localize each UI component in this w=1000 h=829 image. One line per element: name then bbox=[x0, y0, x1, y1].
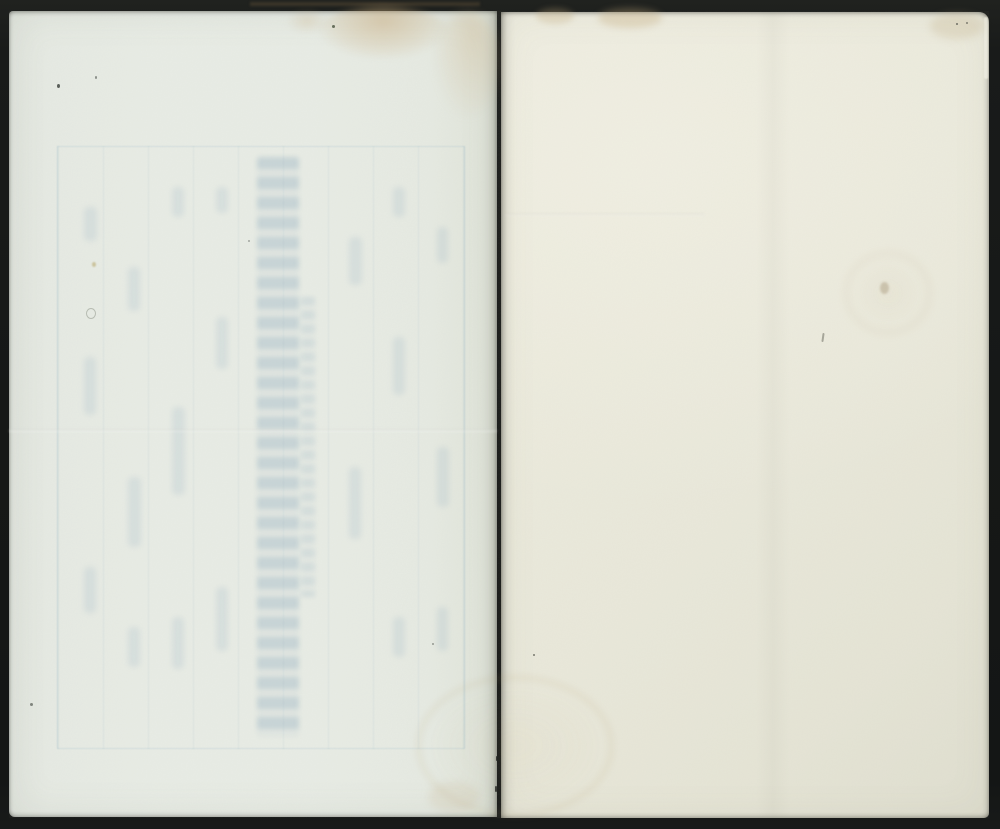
bleedthrough-glyphs bbox=[349, 237, 362, 285]
bleedthrough-glyphs bbox=[172, 617, 184, 669]
bleedthrough-glyphs bbox=[84, 567, 96, 613]
bleedthrough-glyphs bbox=[349, 467, 361, 539]
bleedthrough-glyphs bbox=[393, 187, 405, 217]
left-page bbox=[9, 11, 497, 817]
bleedthrough-glyphs bbox=[84, 357, 96, 415]
bleedthrough-glyphs bbox=[216, 317, 228, 369]
bleedthrough-glyphs bbox=[437, 227, 448, 263]
bleedthrough-table bbox=[57, 146, 465, 749]
bleedthrough-glyphs bbox=[216, 587, 228, 651]
right-page-vertical-crease bbox=[756, 12, 790, 818]
bleedthrough-text-column bbox=[257, 157, 299, 737]
bleedthrough-glyphs bbox=[172, 187, 184, 217]
bleedthrough-glyphs bbox=[128, 267, 140, 311]
bleedthrough-glyphs bbox=[216, 187, 228, 213]
bleedthrough-glyphs bbox=[172, 407, 185, 495]
bleedthrough-glyphs bbox=[128, 477, 141, 547]
bleedthrough-glyphs bbox=[437, 447, 449, 507]
book-scan-photo bbox=[0, 0, 1000, 829]
bleedthrough-glyphs bbox=[393, 337, 405, 395]
page-stack-edge bbox=[984, 17, 988, 79]
right-page bbox=[501, 12, 989, 818]
backdrop-streak bbox=[250, 2, 480, 6]
right-page-crease bbox=[505, 213, 705, 216]
bleedthrough-glyphs bbox=[128, 627, 140, 667]
bleedthrough-subcolumn bbox=[301, 297, 315, 597]
bleedthrough-glyphs bbox=[393, 617, 405, 657]
bleedthrough-glyphs bbox=[437, 607, 448, 651]
bleedthrough-glyphs bbox=[84, 207, 97, 241]
